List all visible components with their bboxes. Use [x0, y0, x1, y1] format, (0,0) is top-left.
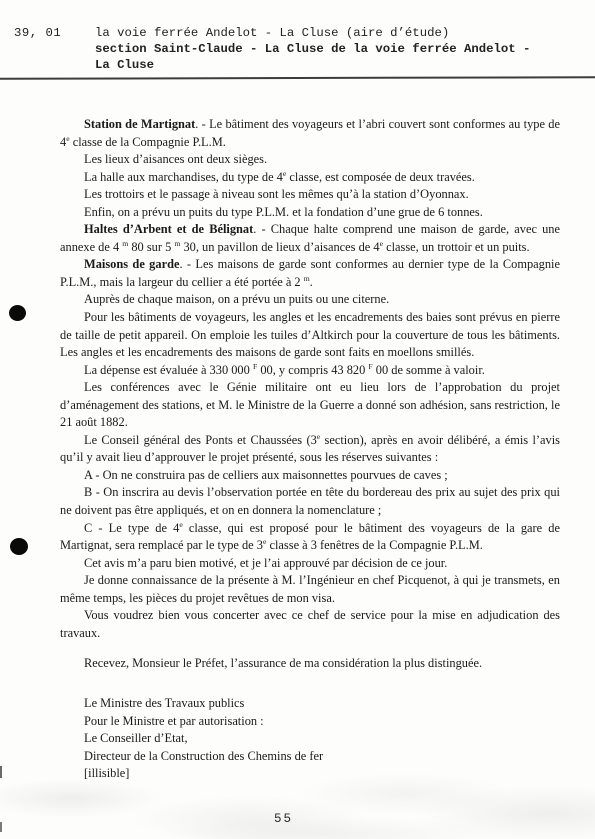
paragraph: Les conférences avec le Génie militaire …	[60, 379, 560, 432]
reference-number: 39, 01	[14, 25, 61, 41]
paragraph: Le Conseil général des Ponts et Chaussée…	[60, 432, 560, 467]
title-line-2: section Saint-Claude - La Cluse de la vo…	[95, 41, 530, 57]
header-divider-rule	[0, 76, 595, 80]
superscript: e	[283, 169, 286, 178]
paragraph: Auprès de chaque maison, on a prévu un p…	[60, 291, 560, 309]
superscript: e	[317, 432, 320, 441]
paragraph: Cet avis m’a paru bien motivé, et je l’a…	[60, 555, 560, 573]
paragraph-lead: Haltes d’Arbent et de Bélignat	[84, 222, 253, 236]
superscript: e	[380, 239, 383, 248]
paragraph: Recevez, Monsieur le Préfet, l’assurance…	[60, 655, 560, 673]
superscript: m	[174, 239, 180, 248]
title-block: la voie ferrée Andelot - La Cluse (aire …	[95, 25, 530, 73]
signature-line: Le Ministre des Travaux publics	[84, 695, 560, 713]
paragraph: Station de Martignat. - Le bâtiment des …	[60, 116, 560, 151]
signature-line: Pour le Ministre et par autorisation :	[84, 713, 560, 731]
superscript: m	[304, 274, 310, 283]
signature-line: Le Conseiller d’Etat,	[84, 730, 560, 748]
superscript: F	[368, 362, 372, 371]
paragraph: Pour les bâtiments de voyageurs, les ang…	[60, 309, 560, 362]
superscript: e	[263, 537, 266, 546]
punch-hole-mark-bottom	[10, 538, 28, 555]
paragraph: Haltes d’Arbent et de Bélignat. - Chaque…	[60, 221, 560, 256]
superscript: m	[122, 239, 128, 248]
scanned-document-page: 39, 01 la voie ferrée Andelot - La Cluse…	[0, 0, 595, 839]
paragraph: Maisons de garde. - Les maisons de garde…	[60, 256, 560, 291]
paragraph: C - Le type de 4e classe, qui est propos…	[60, 520, 560, 555]
paragraph: A - On ne construira pas de celliers aux…	[60, 467, 560, 485]
paragraph: La halle aux marchandises, du type de 4e…	[60, 169, 560, 187]
paragraph: La dépense est évaluée à 330 000 F 00, y…	[60, 362, 560, 380]
paragraph: B - On inscrira au devis l’observation p…	[60, 484, 560, 519]
paragraph: Les trottoirs et le passage à niveau son…	[60, 186, 560, 204]
scan-edge-artifact	[0, 766, 2, 778]
paragraph-lead: Maisons de garde	[84, 257, 179, 271]
paragraph: Je donne connaissance de la présente à M…	[60, 572, 560, 607]
superscript: F	[253, 362, 257, 371]
paragraph-lead: Station de Martignat	[84, 117, 195, 131]
document-body: Station de Martignat. - Le bâtiment des …	[60, 116, 560, 783]
punch-hole-mark-top	[9, 305, 26, 321]
title-line-1: la voie ferrée Andelot - La Cluse (aire …	[95, 25, 530, 41]
superscript: e	[66, 133, 69, 142]
superscript: e	[179, 519, 182, 528]
title-line-3: La Cluse	[95, 57, 530, 73]
paragraph: Les lieux d’aisances ont deux sièges.	[60, 151, 560, 169]
page-number: 55	[0, 812, 567, 826]
paragraph: Enfin, on a prévu un puits du type P.L.M…	[60, 204, 560, 222]
paragraph: Vous voudrez bien vous concerter avec ce…	[60, 607, 560, 642]
